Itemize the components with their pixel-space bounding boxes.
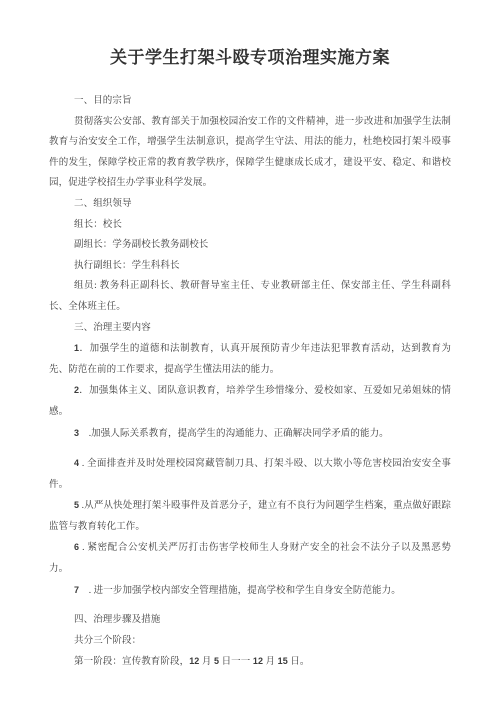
org-line-members: 组员: 教务科正副科长、教研督导室主任、专业教研部主任、保安部主任、学生科副科长… — [49, 276, 451, 317]
doc-title: 关于学生打架斗殴专项治理实施方案 — [49, 45, 451, 71]
section-2-heading: 二、组织领导 — [49, 194, 451, 215]
numbered-item-5: 5 .从严从快处理打架斗殴事件及首恶分子，建立有不良行为问题学生档案，重点做好跟… — [49, 495, 451, 537]
document-body: 关于学生打架斗殴专项治理实施方案 一、目的宗旨 贯彻落实公安部、教育部关于加强校… — [0, 0, 500, 673]
document-page: 关于学生打架斗殴专项治理实施方案 一、目的宗旨 贯彻落实公安部、教育部关于加强校… — [0, 0, 500, 707]
item-text: . 紧密配合公安机关严厉打击伤害学校师生人身财产安全的社会不法分子以及黑恶势力。 — [49, 543, 451, 574]
item-text: . 全面排查并及时处理校园窝藏管制刀具、打架斗殴、以大欺小等危害校园治安安全事件… — [49, 459, 451, 490]
numbered-item-4: 4 . 全面排查并及时处理校园窝藏管制刀具、打架斗殴、以大欺小等危害校园治安安全… — [49, 453, 451, 495]
item-text: .加强人际关系教育，提高学生的沟通能力、正确解决同学矛盾的能力。 — [79, 429, 389, 439]
stage-count-line: 共分三个阶段： — [49, 631, 451, 652]
numbered-item-2: 2．加强集体主义、团队意识教育，培养学生珍惜缘分、爱校如家、互爱如兄弟姐妹的情感… — [49, 380, 451, 422]
item-text: . 进一步加强学校内部安全管理措施，提高学校和学生自身安全防范能力。 — [79, 586, 401, 596]
section-1-heading: 一、目的宗旨 — [49, 91, 451, 112]
section-4-heading: 四、治理步骤及措施 — [49, 610, 451, 631]
org-line-executive-deputy: 执行副组长：学生科科长 — [49, 256, 451, 277]
numbered-item-1: 1．加强学生的道德和法制教育，认真开展预防青少年违法犯罪教育活动，达到教育为先、… — [49, 338, 451, 380]
org-line-deputy-leader: 副组长：学务副校长教务副校长 — [49, 235, 451, 256]
numbered-item-6: 6 . 紧密配合公安机关严厉打击伤害学校师生人身财产安全的社会不法分子以及黑恶势… — [49, 537, 451, 579]
item-text: .从严从快处理打架斗殴事件及首恶分子，建立有不良行为问题学生档案，重点做好跟踪监… — [49, 501, 451, 532]
numbered-item-3: 3 .加强人际关系教育，提高学生的沟通能力、正确解决同学矛盾的能力。 — [49, 423, 451, 445]
doc-content: 一、目的宗旨 贯彻落实公安部、教育部关于加强校园治安工作的文件精神，进一步改进和… — [49, 91, 451, 673]
section-3-heading: 三、治理主要内容 — [49, 318, 451, 339]
numbered-item-7: 7 . 进一步加强学校内部安全管理措施，提高学校和学生自身安全防范能力。 — [49, 580, 451, 602]
item-text: ．加强学生的道德和法制教育，认真开展预防青少年违法犯罪教育活动，达到教育为先、防… — [49, 344, 451, 375]
org-line-leader: 组长：校长 — [49, 215, 451, 236]
section-1-paragraph: 贯彻落实公安部、教育部关于加强校园治安工作的文件精神，进一步改进和加强学生法制教… — [49, 112, 451, 194]
item-text: ．加强集体主义、团队意识教育，培养学生珍惜缘分、爱校如家、互爱如兄弟姐妹的情感。 — [49, 386, 451, 417]
stage-1-line: 第一阶段：宣传教育阶段，12 月 5 日一一 12 月 15 日。 — [49, 651, 451, 673]
